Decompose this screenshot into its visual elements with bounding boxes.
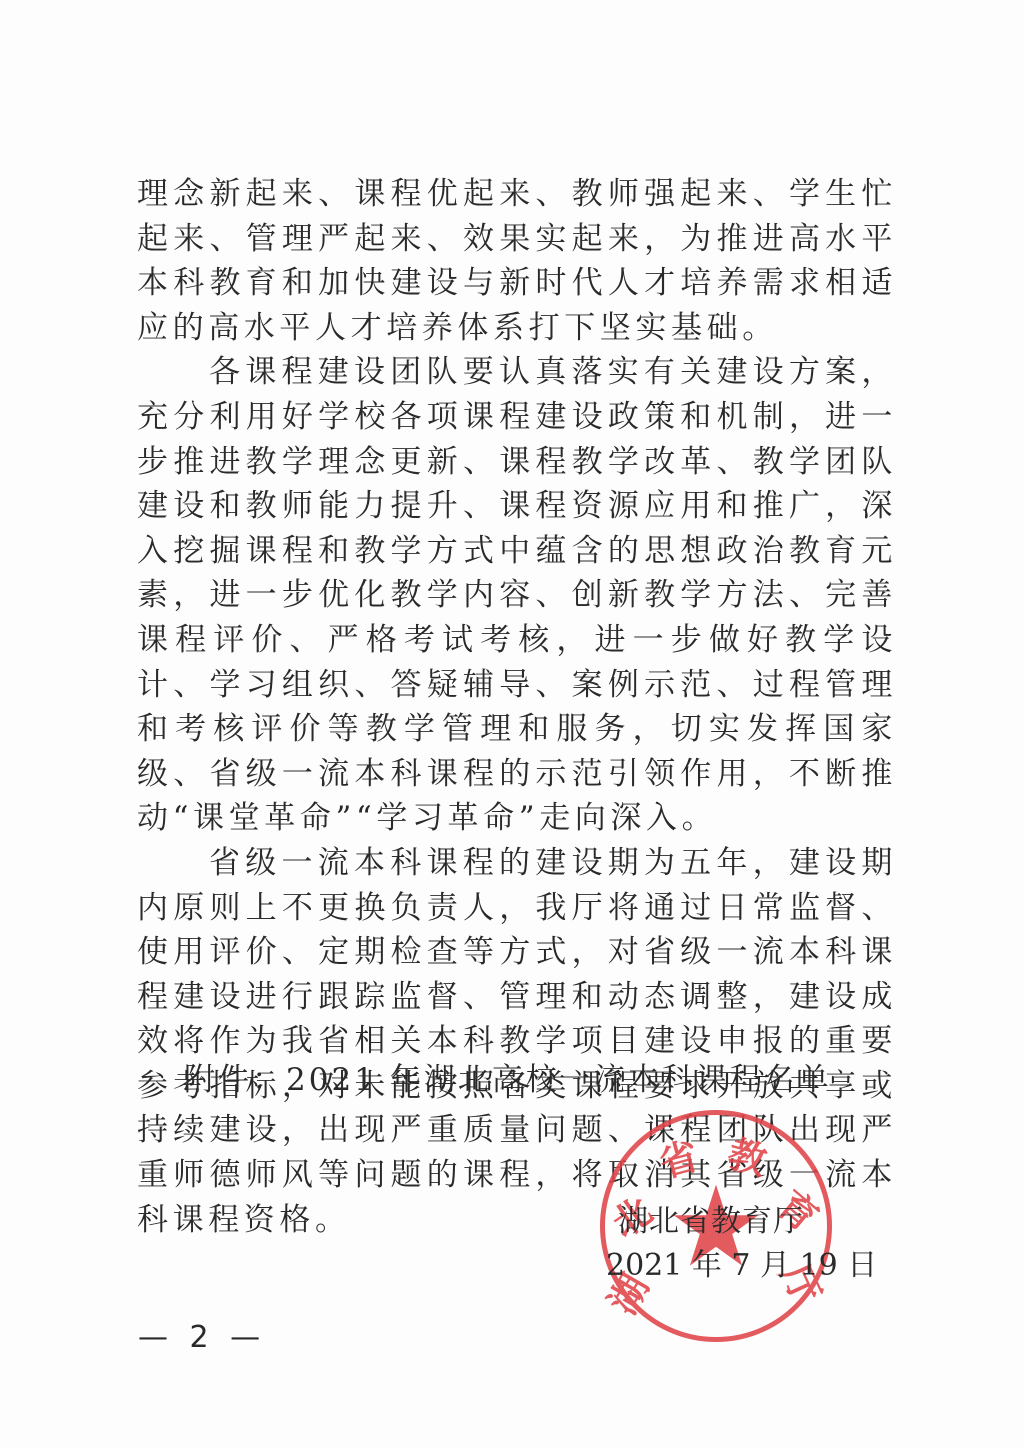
seal-char: 教 [723,1123,774,1186]
paragraph-2: 各课程建设团队要认真落实有关建设方案，充分利用好学校各项课程建设政策和机制，进一… [137,350,897,841]
page-number: — 2 — [138,1320,266,1355]
seal-char: 省 [653,1125,704,1188]
paragraph-1: 理念新起来、课程优起来、教师强起来、学生忙起来、管理严起来、效果实起来，为推进高… [137,172,897,350]
attachment-line: 附件：2021 年湖北高校一流本科课程名单 [184,1054,832,1099]
issuer-signature: 湖北省教育厅 [618,1196,804,1240]
issue-date: 2021 年 7 月 19 日 [606,1240,877,1284]
document-page: 理念新起来、课程优起来、教师强起来、学生忙起来、管理严起来、效果实起来，为推进高… [0,0,1024,1448]
